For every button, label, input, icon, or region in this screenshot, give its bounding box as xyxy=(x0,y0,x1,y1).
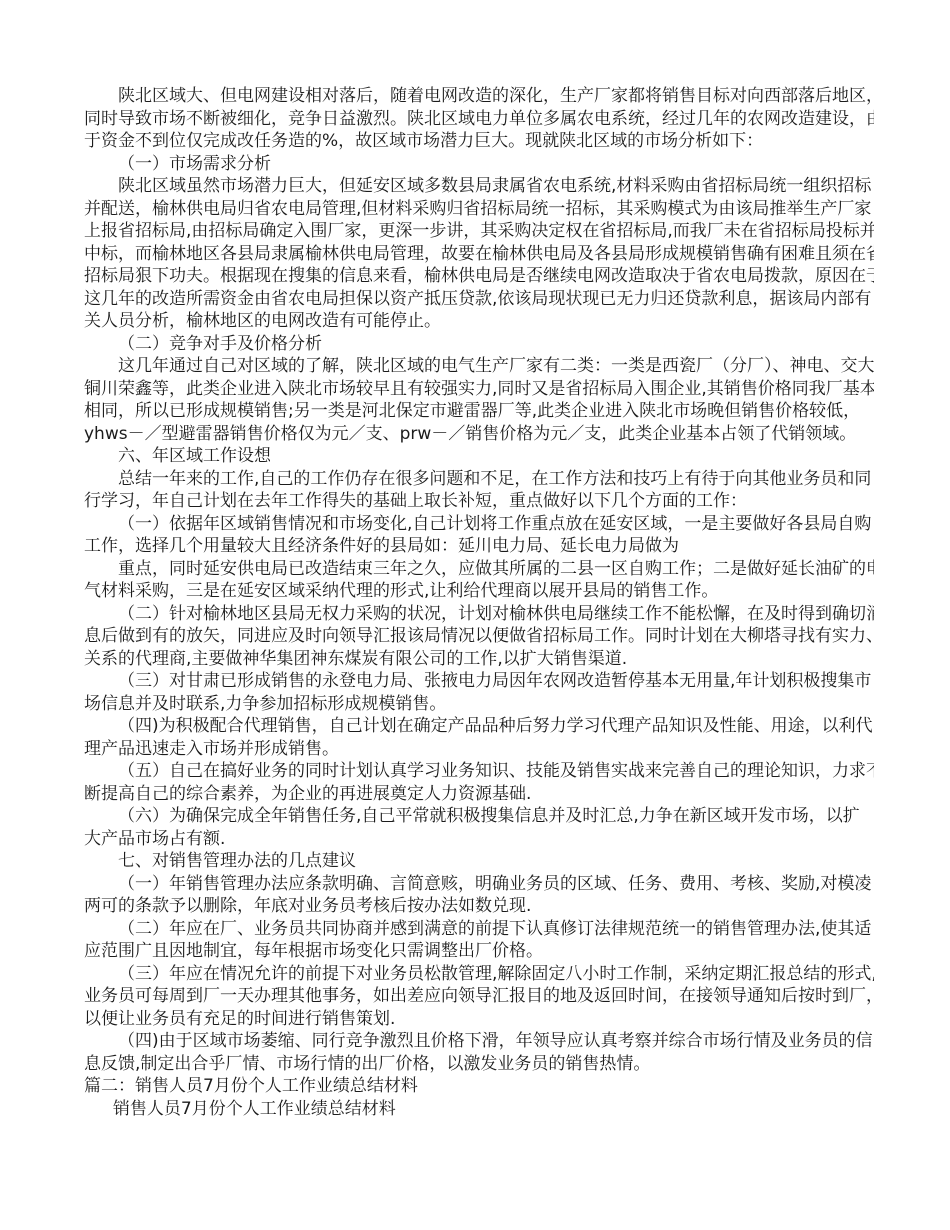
text-line: 招标局狠下功夫。根据现在搜集的信息来看，榆林供电局是否继续电网改造取决于省农电局… xyxy=(84,265,874,288)
text-line: 断提高自己的综合素养，为企业的再进展奠定人力资源基础. xyxy=(84,783,874,806)
text-line: 陕北区域虽然市场潜力巨大，但延安区域多数县局隶属省农电系统,材料采购由省招标局统… xyxy=(84,175,874,198)
text-line: 关系的代理商,主要做神华集团神东煤炭有限公司的工作,以扩大销售渠道. xyxy=(84,648,874,671)
section-heading: （一）市场需求分析 xyxy=(84,153,874,176)
text-line: 铜川荣鑫等，此类企业进入陕北市场较早且有较强实力,同时又是省招标局入围企业,其销… xyxy=(84,378,874,401)
text-line: 篇二：销售人员7月份个人工作业绩总结材料 xyxy=(84,1075,874,1098)
text-line: 场信息并及时联系,力争参加招标形成规模销售。 xyxy=(84,693,874,716)
text-line: 息后做到有的放矢，同进应及时向领导汇报该局情况以便做省招标局工作。同时计划在大柳… xyxy=(84,625,874,648)
text-line: 应范围广且因地制宜，每年根据市场变化只需调整出厂价格。 xyxy=(84,940,874,963)
text-line: 并配送，榆林供电局归省农电局管理,但材料采购归省招标局统一招标，其采购模式为由该… xyxy=(84,198,874,221)
section-heading: 六、年区域工作设想 xyxy=(84,445,874,468)
text-line: 大产品市场占有额. xyxy=(84,828,874,851)
text-line: （六）为确保完成全年销售任务,自己平常就积极搜集信息并及时汇总,力争在新区域开发… xyxy=(84,805,874,828)
text-line: 上报省招标局,由招标局确定入围厂家，更深一步讲，其采购决定权在省招标局,而我厂未… xyxy=(84,220,874,243)
text-line: 同时导致市场不断被细化，竞争日益激烈。陕北区域电力单位多属农电系统，经过几年的农… xyxy=(84,108,874,131)
text-line: 于资金不到位仅完成改任务造的%，故区域市场潜力巨大。现就陕北区域的市场分析如下： xyxy=(84,130,874,153)
text-line: 这几年的改造所需资金由省农电局担保以资产抵压贷款,依该局现状现已无力归还贷款利息… xyxy=(84,288,874,311)
text-line: （四)为积极配合代理销售，自己计划在确定产品品种后努力学习代理产品知识及性能、用… xyxy=(84,715,874,738)
text-line: （五）自己在搞好业务的同时计划认真学习业务知识、技能及销售实战来完善自己的理论知… xyxy=(84,760,874,783)
text-line: 气材料采购，三是在延安区域采纳代理的形式,让利给代理商以展开县局的销售工作。 xyxy=(84,580,874,603)
text-line: 行学习，年自己计划在去年工作得失的基础上取长补短，重点做好以下几个方面的工作： xyxy=(84,490,874,513)
text-line: 总结一年来的工作,自己的工作仍存在很多问题和不足，在工作方法和技巧上有待于向其他… xyxy=(84,468,874,491)
text-line: 关人员分析，榆林地区的电网改造有可能停止。 xyxy=(84,310,874,333)
text-line: 息反馈,制定出合乎厂情、市场行情的出厂价格，以激发业务员的销售热情。 xyxy=(84,1053,874,1076)
section-heading: 七、对销售管理办法的几点建议 xyxy=(84,850,874,873)
text-line: 相同，所以已形成规模销售;另一类是河北保定市避雷器厂等,此类企业进入陕北市场晚但… xyxy=(84,400,874,423)
text-line: 这几年通过自己对区域的了解，陕北区域的电气生产厂家有二类：一类是西瓷厂（分厂）、… xyxy=(84,355,874,378)
text-line: （一）依据年区域销售情况和市场变化,自己计划将工作重点放在延安区域，一是主要做好… xyxy=(84,513,874,536)
text-line: yhws－／型避雷器销售价格仅为元／支、prw－／销售价格为元／支，此类企业基本… xyxy=(84,423,874,446)
text-line: 理产品迅速走入市场并形成销售。 xyxy=(84,738,874,761)
text-line: （一）年销售管理办法应条款明确、言简意赅，明确业务员的区域、任务、费用、考核、奖… xyxy=(84,873,874,896)
text-line: 业务员可每周到厂一天办理其他事务，如出差应向领导汇报目的地及返回时间，在接领导通… xyxy=(84,985,874,1008)
document-page: 陕北区域大、但电网建设相对落后，随着电网改造的深化，生产厂家都将销售目标对向西部… xyxy=(0,0,950,1230)
text-line: 工作，选择几个用量较大且经济条件好的县局如：延川电力局、延长电力局做为 xyxy=(84,535,874,558)
text-line: （二）年应在厂、业务员共同协商并感到满意的前提下认真修订法律规范统一的销售管理办… xyxy=(84,918,874,941)
text-line: 陕北区域大、但电网建设相对落后，随着电网改造的深化，生产厂家都将销售目标对向西部… xyxy=(84,85,874,108)
text-line: （三）年应在情况允许的前提下对业务员松散管理,解除固定八小时工作制，采纳定期汇报… xyxy=(84,963,874,986)
text-line: 重点，同时延安供电局已改造结束三年之久，应做其所属的二县一区自购工作；二是做好延… xyxy=(84,558,874,581)
text-line: （二）针对榆林地区县局无权力采购的状况，计划对榆林供电局继续工作不能松懈，在及时… xyxy=(84,603,874,626)
text-line: 两可的条款予以删除，年底对业务员考核后按办法如数兑现. xyxy=(84,895,874,918)
text-line: 以便让业务员有充足的时间进行销售策划. xyxy=(84,1008,874,1031)
text-line: 销售人员7月份个人工作业绩总结材料 xyxy=(84,1098,874,1121)
text-line: 中标，而榆林地区各县局隶属榆林供电局管理，故要在榆林供电局及各县局形成规模销售确… xyxy=(84,243,874,266)
text-line: （四)由于区域市场萎缩、同行竞争激烈且价格下滑，年领导应认真考察并综合市场行情及… xyxy=(84,1030,874,1053)
document-text-body: 陕北区域大、但电网建设相对落后，随着电网改造的深化，生产厂家都将销售目标对向西部… xyxy=(84,85,874,1120)
section-heading: （二）竞争对手及价格分析 xyxy=(84,333,874,356)
text-line: （三）对甘肃已形成销售的永登电力局、张掖电力局因年农网改造暂停基本无用量,年计划… xyxy=(84,670,874,693)
